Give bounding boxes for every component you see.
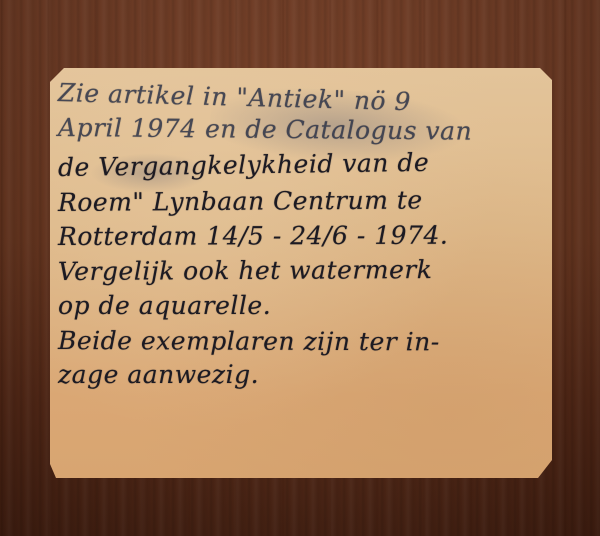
- note-line-8: Beide exemplaren zijn ter in-: [58, 324, 548, 360]
- note-line-9: zage aanwezig.: [58, 358, 548, 393]
- note-text: Zie artikel in "Antiek" nö 9 April 1974 …: [58, 76, 548, 393]
- note-line-3: de Vergangkelykheid van de: [58, 144, 548, 185]
- note-line-2: April 1974 en de Catalogus van: [58, 111, 548, 150]
- note-line-5: Rotterdam 14/5 - 24/6 - 1974.: [58, 218, 548, 254]
- note-line-4: Roem" Lynbaan Centrum te: [58, 182, 548, 220]
- handwritten-note-paper: Zie artikel in "Antiek" nö 9 April 1974 …: [50, 68, 552, 478]
- note-line-6: Vergelijk ook het watermerk: [58, 252, 548, 289]
- note-line-7: op de aquarelle.: [58, 289, 548, 324]
